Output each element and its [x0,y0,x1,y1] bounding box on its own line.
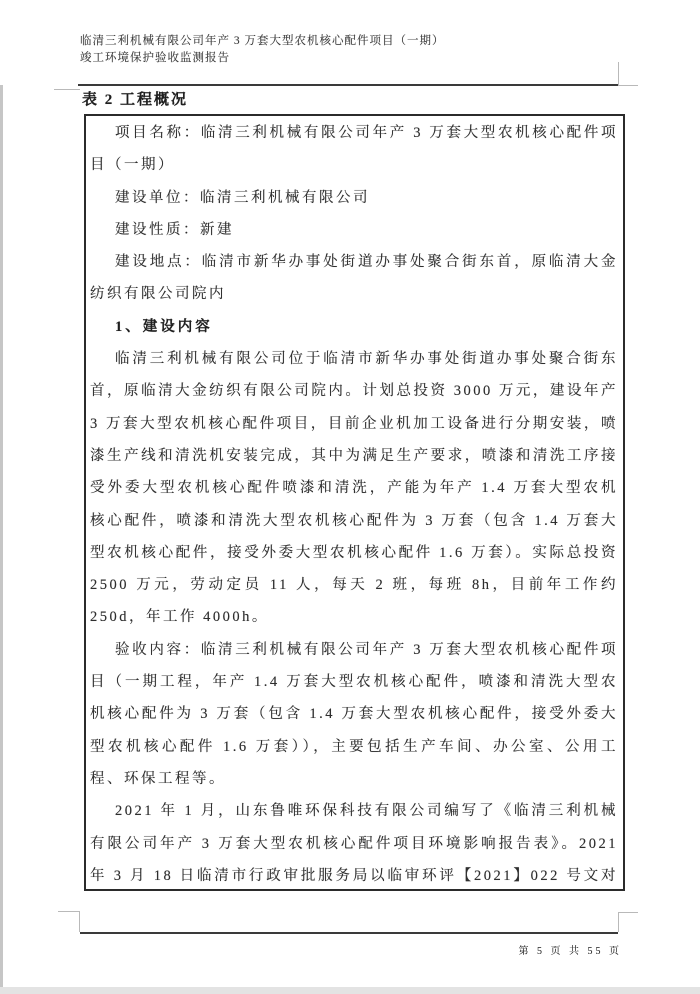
paragraph: 项目名称：临清三利机械有限公司年产 3 万套大型农机核心配件项目（一期） [90,117,618,182]
margin-mark-bottom-left-vertical [79,911,80,932]
paragraph: 建设性质：新建 [90,214,618,246]
margin-mark-bottom-left-horizontal [58,911,80,912]
paragraph: 2021 年 1 月，山东鲁唯环保科技有限公司编写了《临清三利机械有限公司年产 … [90,795,618,891]
header-line-1: 临清三利机械有限公司年产 3 万套大型农机核心配件项目（一期） [80,33,620,50]
page-edge-bottom [0,987,700,994]
table-content: 项目名称：临清三利机械有限公司年产 3 万套大型农机核心配件项目（一期）建设单位… [90,117,618,891]
paragraph: 临清三利机械有限公司位于临清市新华办事处街道办事处聚合街东首，原临清大金纺织有限… [90,343,618,634]
header-rule [78,84,618,86]
margin-mark-bottom-right-vertical [618,912,619,932]
page-header: 临清三利机械有限公司年产 3 万套大型农机核心配件项目（一期） 竣工环境保护验收… [80,33,620,67]
footer-rule [80,932,618,934]
page-edge-left [0,85,3,994]
paragraph: 验收内容：临清三利机械有限公司年产 3 万套大型农机核心配件项目（一期工程，年产… [90,634,618,795]
margin-mark-top-right-vertical [618,62,619,85]
table-border-box: 项目名称：临清三利机械有限公司年产 3 万套大型农机核心配件项目（一期）建设单位… [84,114,625,891]
margin-mark-top-left [54,89,80,90]
document-page: 临清三利机械有限公司年产 3 万套大型农机核心配件项目（一期） 竣工环境保护验收… [0,0,700,994]
page-footer: 第 5 页 共 55 页 [80,942,622,957]
paragraph: 建设地点：临清市新华办事处街道办事处聚合街东首，原临清大金纺织有限公司院内 [90,246,618,311]
paragraph: 建设单位：临清三利机械有限公司 [90,182,618,214]
margin-mark-bottom-right-horizontal [618,912,638,913]
section-heading: 1、建设内容 [90,311,618,343]
header-line-2: 竣工环境保护验收监测报告 [80,50,620,67]
margin-mark-top-right-horizontal [618,85,638,86]
page-number: 第 5 页 共 55 页 [519,946,623,957]
table-title: 表 2 工程概况 [82,88,188,109]
